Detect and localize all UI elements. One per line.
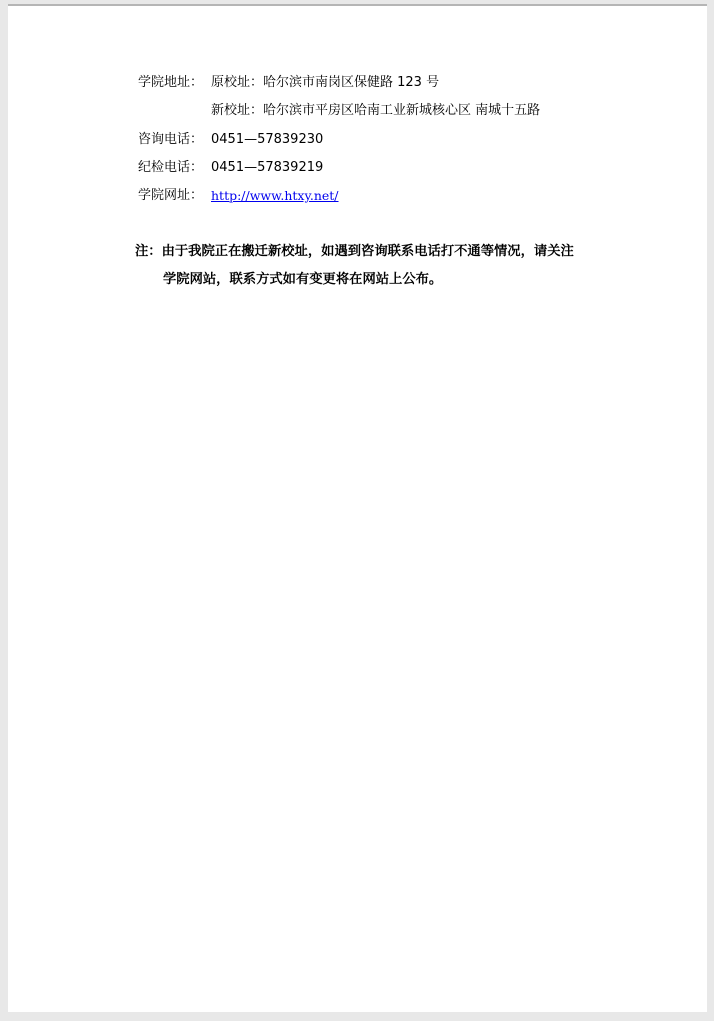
address-old-value: 原校址：哈尔滨市南岗区保健路 123 号 <box>211 75 439 91</box>
consult-phone-label: 咨询电话： <box>138 132 203 148</box>
address-label: 学院地址： <box>138 75 203 91</box>
address-new-value: 新校址：哈尔滨市平房区哈南工业新城核心区 南城十五路 <box>211 103 540 119</box>
consult-phone-value: 0451—57839230 <box>211 132 323 148</box>
note-line-1: 注：由于我院正在搬迁新校址，如遇到咨询联系电话打不通等情况，请关注 <box>135 244 574 260</box>
note-line-2: 学院网站，联系方式如有变更将在网站上公布。 <box>163 272 442 288</box>
document-page: 学院地址： 原校址：哈尔滨市南岗区保健路 123 号 新校址：哈尔滨市平房区哈南… <box>8 4 707 1012</box>
website-label: 学院网址： <box>138 188 203 204</box>
website-link[interactable]: http://www.htxy.net/ <box>211 188 339 204</box>
discipline-phone-label: 纪检电话： <box>138 160 203 176</box>
discipline-phone-value: 0451—57839219 <box>211 160 323 176</box>
